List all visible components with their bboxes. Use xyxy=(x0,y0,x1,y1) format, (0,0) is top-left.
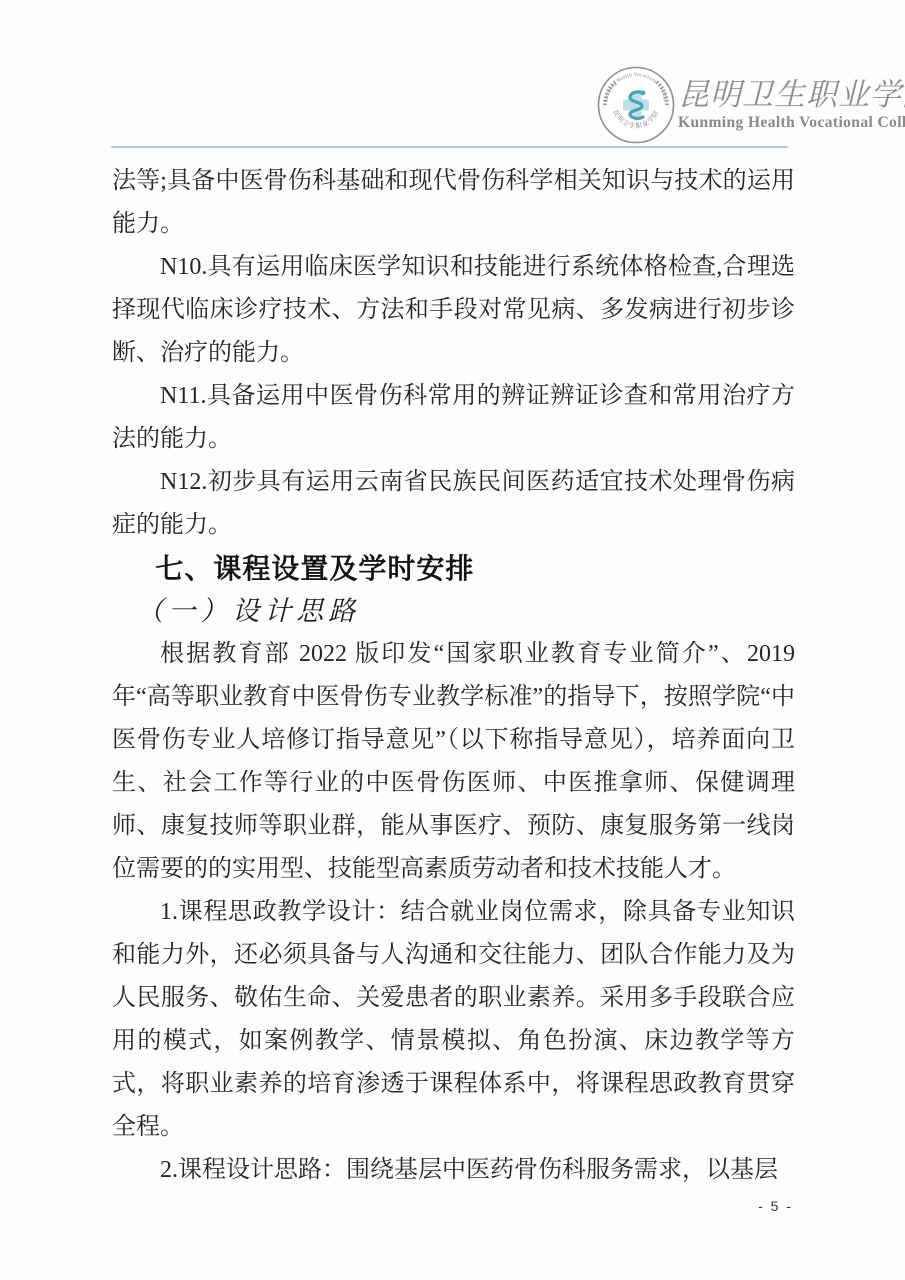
college-name-en: Kunming Health Vocational College xyxy=(678,113,905,133)
paragraph: 1.课程思政教学设计：结合就业岗位需求，除具备专业知识和能力外，还必须具备与人沟… xyxy=(112,891,795,1149)
subsection-heading: （一）设计思路 xyxy=(112,590,795,633)
paragraph: 根据教育部 2022 版印发“国家职业教育专业简介”、2019 年“高等职业教育… xyxy=(112,633,795,891)
college-name-zh: 昆明卫生职业学院 xyxy=(678,77,905,113)
college-seal-logo: Kunming Health Vocational College 昆明卫生职业… xyxy=(596,64,676,146)
paragraph: 2.课程设计思路：围绕基层中医药骨伤科服务需求，以基层 xyxy=(112,1149,795,1192)
paragraph: N12.初步具有运用云南省民族民间医药适宜技术处理骨伤病症的能力。 xyxy=(112,461,795,547)
college-seal-icon: Kunming Health Vocational College 昆明卫生职业… xyxy=(596,64,676,146)
paragraph: 法等;具备中医骨伤科基础和现代骨伤科学相关知识与技术的运用能力。 xyxy=(112,160,795,246)
document-body: 法等;具备中医骨伤科基础和现代骨伤科学相关知识与技术的运用能力。 N10.具有运… xyxy=(112,160,795,1192)
college-name-block: 昆明卫生职业学院 Kunming Health Vocational Colle… xyxy=(678,77,905,133)
header-divider-line xyxy=(111,146,788,148)
document-page: Kunming Health Vocational College 昆明卫生职业… xyxy=(0,0,905,1280)
section-heading: 七、课程设置及学时安排 xyxy=(112,547,795,590)
page-number: - 5 - xyxy=(758,1198,793,1214)
paragraph: N11.具备运用中医骨伤科常用的辨证辨证诊查和常用治疗方法的能力。 xyxy=(112,375,795,461)
page-header: Kunming Health Vocational College 昆明卫生职业… xyxy=(596,64,905,146)
paragraph: N10.具有运用临床医学知识和技能进行系统体格检查,合理选择现代临床诊疗技术、方… xyxy=(112,246,795,375)
